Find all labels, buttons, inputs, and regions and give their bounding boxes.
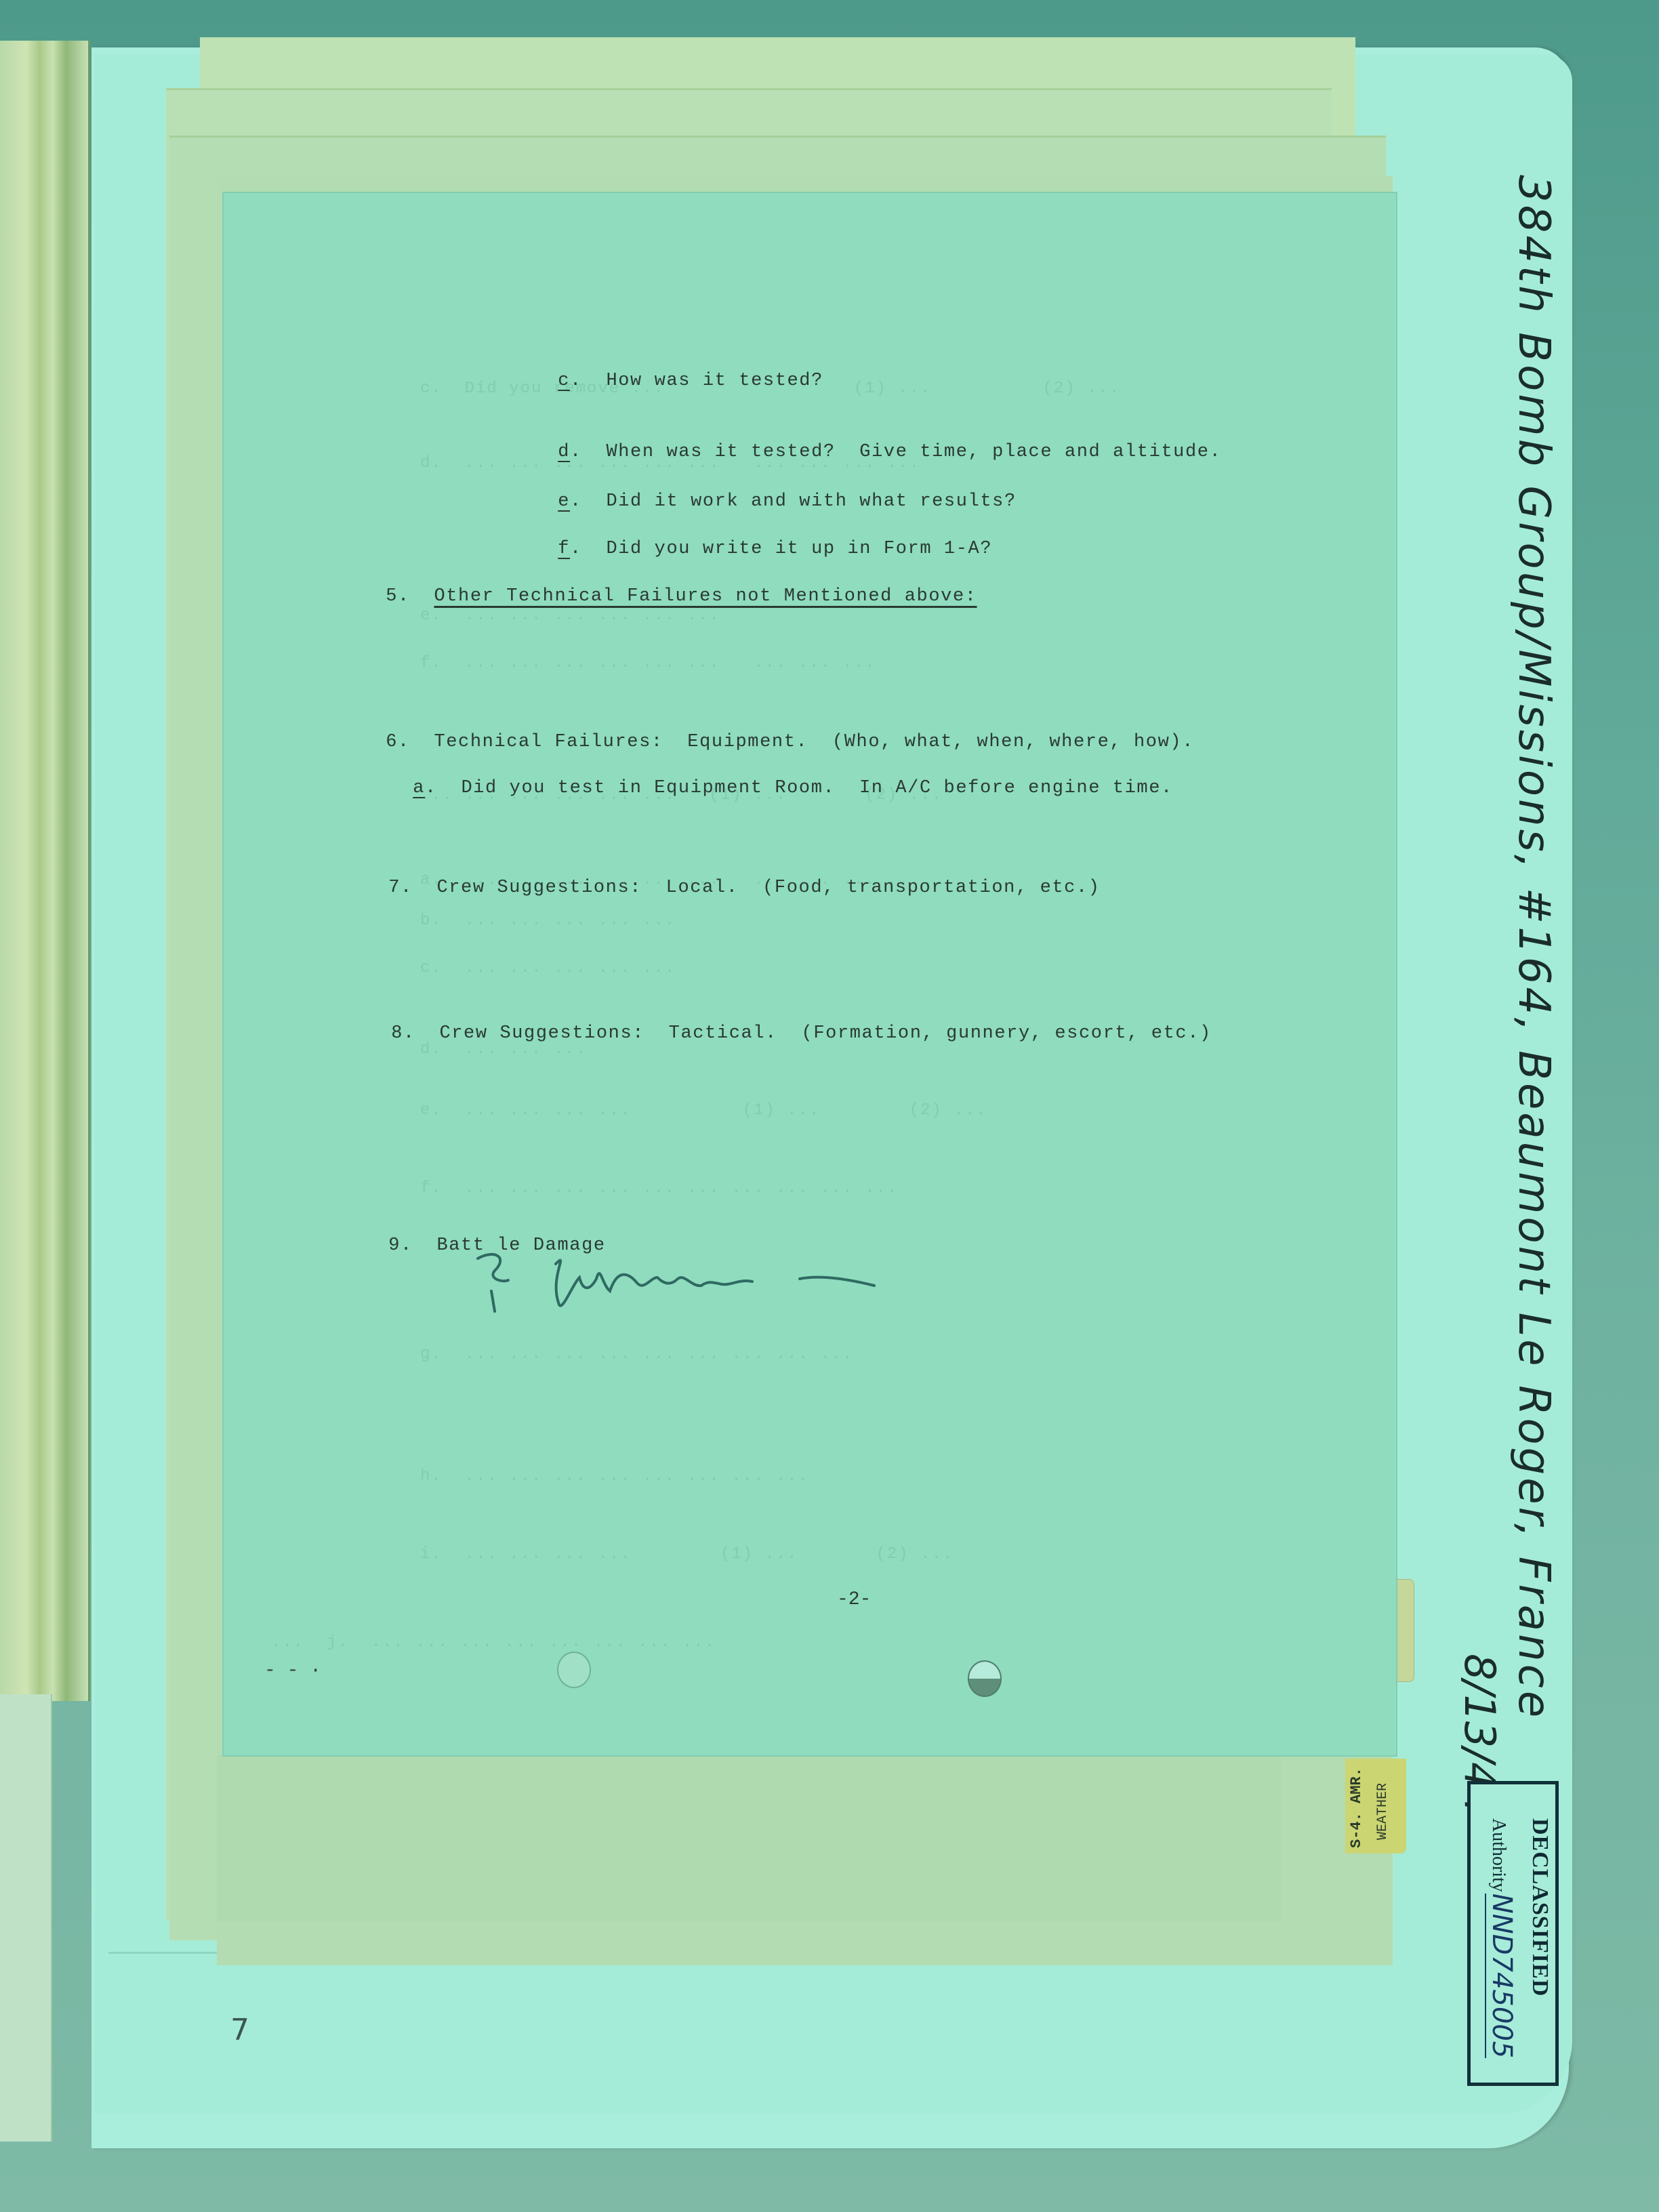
- index-tab-weather: S-4. AMR. WEATHER: [1345, 1759, 1406, 1853]
- stray-marks: - - ·: [264, 1660, 321, 1681]
- handwritten-answer-unknown: [468, 1244, 983, 1332]
- folder-handwritten-label: 384th Bomb Group/Missions, #164, Beaumon…: [1504, 175, 1565, 1734]
- folder-pencil-mark: 7: [230, 2013, 249, 2047]
- section-5-title: Other Technical Failures not Mentioned a…: [434, 586, 977, 607]
- bleed-through-text: f. ... ... ... ... ... ... ... ... ... .…: [420, 1179, 898, 1197]
- item-c: c. How was it tested?: [510, 350, 823, 411]
- bleed-through-text: g. ... ... ... ... ... ... ... ... ...: [420, 1345, 854, 1364]
- bleed-through-text: c. ... ... ... ... ...: [420, 959, 676, 977]
- stamp-authority: AuthorityNND745005: [1486, 1818, 1517, 2058]
- bleed-through-text: ... j. ... ... ... ... ... ... ... ...: [271, 1633, 716, 1652]
- bleed-through-text: h. ... ... ... ... ... ... ... ...: [420, 1467, 809, 1486]
- section-5: 5. Other Technical Failures not Mentione…: [337, 566, 977, 627]
- tab-line-1: S-4. AMR.: [1348, 1767, 1365, 1848]
- section-6a: a. Did you test in Equipment Room. In A/…: [365, 758, 1173, 819]
- bleed-through-text: e. ... ... ... ... (1) ... (2) ...: [420, 1101, 987, 1120]
- section-7-title: Crew Suggestions: Local. (Food, transpor…: [436, 878, 1100, 898]
- section-8-title: Crew Suggestions: Tactical. (Formation, …: [439, 1023, 1211, 1044]
- bleed-through-text: i. ... ... ... ... (1) ... (2) ...: [420, 1545, 954, 1563]
- section-6-title: Technical Failures: Equipment. (Who, wha…: [434, 732, 1194, 752]
- page-number: -2-: [837, 1589, 871, 1610]
- left-folder-edge: [0, 1694, 52, 2142]
- bleed-through-text: f. ... ... ... ... ... ... ... ... ...: [420, 654, 876, 672]
- declassified-stamp: DECLASSIFIED AuthorityNND745005: [1467, 1781, 1559, 2086]
- tab-line-2: WEATHER: [1375, 1783, 1391, 1840]
- section-8: 8. Crew Suggestions: Tactical. (Formatio…: [343, 1003, 1212, 1064]
- left-file-stack: [0, 41, 90, 1701]
- punch-hole-left: [557, 1652, 591, 1688]
- document-page: c. Did you remove ... (1) ... (2) ... d.…: [224, 193, 1396, 1755]
- item-e-text: Did it work and with what results?: [606, 491, 1016, 512]
- stamp-title: DECLASSIFIED: [1527, 1818, 1553, 1996]
- item-c-text: How was it tested?: [606, 371, 823, 391]
- section-7: 7. Crew Suggestions: Local. (Food, trans…: [340, 857, 1101, 918]
- item-f-text: Did you write it up in Form 1-A?: [606, 539, 992, 559]
- stamp-authority-value: NND745005: [1485, 1893, 1517, 2058]
- punch-hole-right: [968, 1660, 1002, 1697]
- item-d-text: When was it tested? Give time, place and…: [606, 442, 1221, 462]
- section-6a-text: Did you test in Equipment Room. In A/C b…: [461, 778, 1172, 798]
- back-paper-bottom: [217, 1755, 1281, 1921]
